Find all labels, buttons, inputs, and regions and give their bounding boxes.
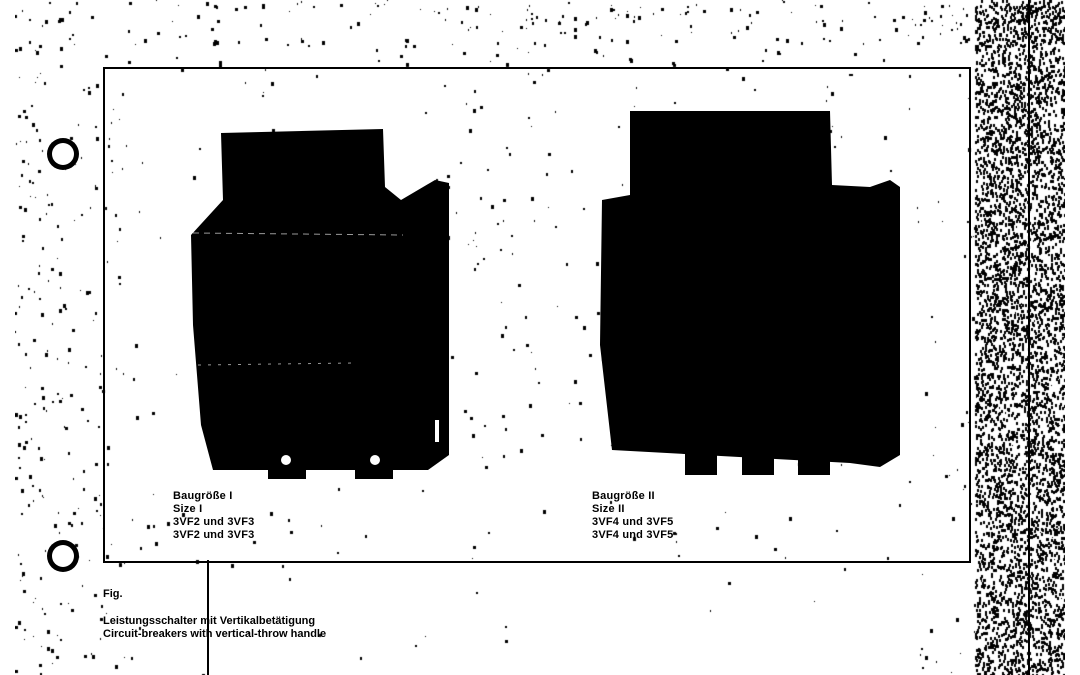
label-size-2-en: Size II bbox=[592, 503, 673, 516]
label-size-2-types-b: 3VF4 und 3VF5 bbox=[592, 529, 673, 542]
label-size-2-de: Baugröße II bbox=[592, 490, 673, 503]
caption-german: Leistungsschalter mit Vertikalbetätigung bbox=[103, 615, 326, 628]
label-size-1-types-b: 3VF2 und 3VF3 bbox=[173, 529, 254, 542]
breaker-size-2-image bbox=[590, 105, 910, 485]
label-size-1-de: Baugröße I bbox=[173, 490, 254, 503]
punch-hole-bottom bbox=[52, 545, 74, 567]
label-size-1-en: Size I bbox=[173, 503, 254, 516]
figure-caption: Fig. Leistungsschalter mit Vertikalbetät… bbox=[103, 588, 326, 641]
breaker-size-1-image bbox=[173, 125, 473, 480]
label-size-2-types-a: 3VF4 und 3VF5 bbox=[592, 516, 673, 529]
caption-english: Circuit-breakers with vertical-throw han… bbox=[103, 628, 326, 641]
punch-hole-top bbox=[52, 143, 74, 165]
page-edge-rule bbox=[1028, 0, 1030, 675]
label-size-1-types-a: 3VF2 und 3VF3 bbox=[173, 516, 254, 529]
label-size-1: Baugröße I Size I 3VF2 und 3VF3 3VF2 und… bbox=[173, 490, 254, 542]
scanned-page: Baugröße I Size I 3VF2 und 3VF3 3VF2 und… bbox=[15, 0, 1065, 675]
label-size-2: Baugröße II Size II 3VF4 und 3VF5 3VF4 u… bbox=[592, 490, 673, 542]
figure-ref: Fig. bbox=[103, 588, 326, 601]
